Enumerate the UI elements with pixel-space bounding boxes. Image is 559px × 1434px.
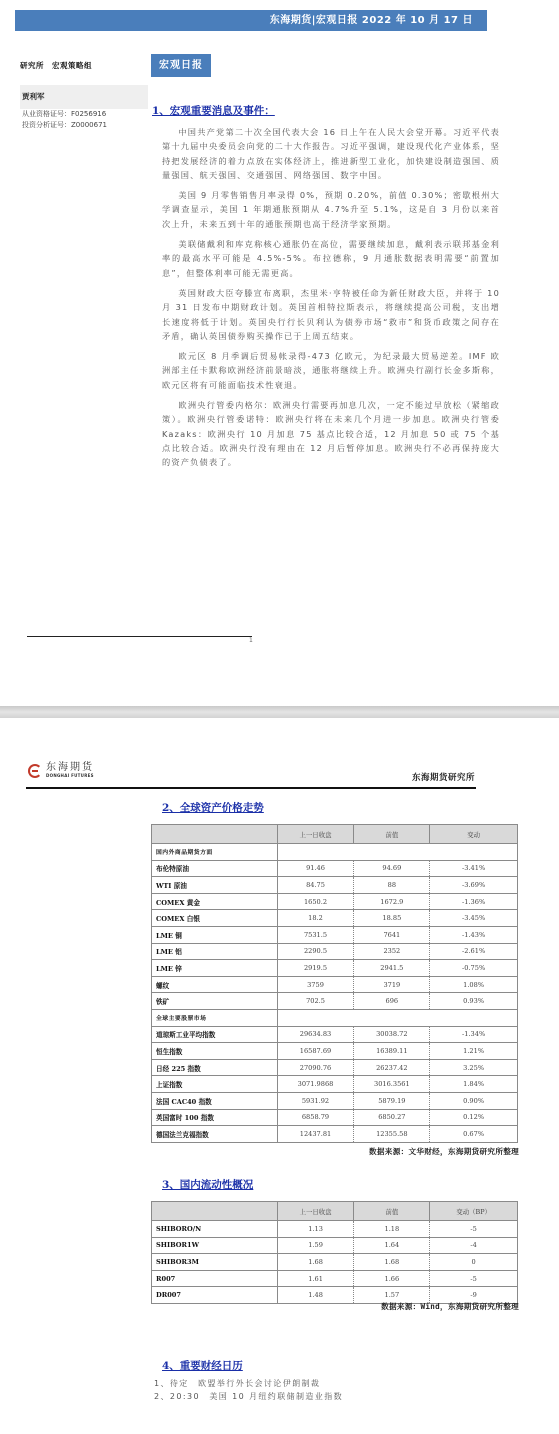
table-cell: 0 — [430, 1254, 518, 1271]
table-cell: 18.85 — [354, 910, 430, 927]
table-cell: 27090.76 — [277, 1059, 354, 1076]
table-cell: 84.75 — [277, 877, 354, 894]
row-label: SHIBORO/N — [152, 1221, 278, 1238]
logo-icon — [28, 764, 42, 778]
table-cell: 1.13 — [277, 1221, 354, 1238]
table-cell: 0.12% — [430, 1109, 518, 1126]
table-cell: 91.46 — [277, 860, 354, 877]
analyst-sidebar: 研究所 宏观策略组 贾利军 从业资格证号：F0256916 投资分析证号：Z00… — [20, 60, 148, 131]
table-cell: 2941.5 — [354, 960, 430, 977]
table-cell: 1.59 — [277, 1237, 354, 1254]
table-cell: 1672.9 — [354, 893, 430, 910]
table-cell: 1.64 — [354, 1237, 430, 1254]
row-label: 布伦特原油 — [152, 860, 278, 877]
table-cell: 3.25% — [430, 1059, 518, 1076]
analyst-box: 贾利军 — [20, 85, 148, 109]
row-label: COMEX 白银 — [152, 910, 278, 927]
table-cell: 18.2 — [277, 910, 354, 927]
table-cell: 12437.81 — [277, 1126, 354, 1143]
table-row: 铁矿702.56960.93% — [152, 993, 518, 1010]
news-paragraph: 欧元区 8 月季调后贸易帐录得-473 亿欧元，为纪录最大贸易逆差。IMF 欧洲… — [162, 349, 500, 392]
table-cell: 0.93% — [430, 993, 518, 1010]
category-label: 国内外商品期货方面 — [152, 844, 278, 861]
column-header — [152, 1202, 278, 1221]
table-cell: 2352 — [354, 943, 430, 960]
page-number: 1 — [249, 637, 253, 644]
news-paragraph: 中国共产党第二十次全国代表大会 16 日上午在人民大会堂开幕。习近平代表第十九届… — [162, 125, 500, 182]
row-label: SHIBOR3M — [152, 1254, 278, 1271]
section-title-liquidity: 3、国内流动性概况 — [162, 1177, 253, 1192]
table-cell: -2.61% — [430, 943, 518, 960]
table-cell: 29634.83 — [277, 1026, 354, 1043]
table-row: SHIBOR1W1.591.64-4 — [152, 1237, 518, 1254]
table-cell: 1.84% — [430, 1076, 518, 1093]
table-cell: -0.75% — [430, 960, 518, 977]
asset-price-table: 上一日收盘 前值 变动 国内外商品期货方面布伦特原油91.4694.69-3.4… — [151, 824, 518, 1143]
data-source-note: 数据来源：Wind，东海期货研究所整理 — [381, 1301, 519, 1312]
table-cell: 7641 — [354, 926, 430, 943]
institute-name: 东海期货研究所 — [412, 771, 475, 783]
analyst-cert: 投资分析证号：Z0000671 — [20, 120, 148, 131]
page-separator — [0, 706, 559, 718]
table-cell: 1.68 — [277, 1254, 354, 1271]
table-cell: 12355.58 — [354, 1126, 430, 1143]
news-paragraph: 欧洲央行管委内格尔：欧洲央行需要再加息几次，一定不能过早放松（紧缩政策）。欧洲央… — [162, 398, 500, 469]
table-cell: -5 — [430, 1270, 518, 1287]
table-cell: 1.08% — [430, 976, 518, 993]
table-row: WTI 原油84.7588-3.69% — [152, 877, 518, 894]
table-cell: 0.67% — [430, 1126, 518, 1143]
footnote-divider — [27, 636, 252, 637]
table-row: 德国法兰克福指数12437.8112355.580.67% — [152, 1126, 518, 1143]
table-row: R0071.611.66-5 — [152, 1270, 518, 1287]
category-row: 全球主要股票市场 — [152, 1009, 518, 1026]
table-cell: 0.90% — [430, 1092, 518, 1109]
table-cell: 3719 — [354, 976, 430, 993]
table-cell: 16389.11 — [354, 1043, 430, 1060]
data-source-note: 数据来源：文华财经，东海期货研究所整理 — [369, 1146, 519, 1157]
row-label: SHIBOR1W — [152, 1237, 278, 1254]
table-cell: -1.34% — [430, 1026, 518, 1043]
table-cell: -3.69% — [430, 877, 518, 894]
table-row: 上证指数3071.98683016.35611.84% — [152, 1076, 518, 1093]
section-title-macro-news: 1、宏观重要消息及事件： — [152, 103, 275, 118]
row-label: R007 — [152, 1270, 278, 1287]
row-label: 螺纹 — [152, 976, 278, 993]
table-cell: 1.18 — [354, 1221, 430, 1238]
table-cell: 1.66 — [354, 1270, 430, 1287]
department-label: 研究所 宏观策略组 — [20, 60, 148, 71]
table-cell: 6858.79 — [277, 1109, 354, 1126]
practice-cert: 从业资格证号：F0256916 — [20, 109, 148, 120]
row-label: DR007 — [152, 1287, 278, 1304]
table-row: SHIBOR3M1.681.680 — [152, 1254, 518, 1271]
table-cell: 5931.92 — [277, 1092, 354, 1109]
table-cell: 3759 — [277, 976, 354, 993]
category-row: 国内外商品期货方面 — [152, 844, 518, 861]
row-label: 道琼斯工业平均指数 — [152, 1026, 278, 1043]
row-label: 铁矿 — [152, 993, 278, 1010]
table-row: LME 锌2919.52941.5-0.75% — [152, 960, 518, 977]
table-header-row: 上一日收盘 前值 变动 — [152, 825, 518, 844]
company-logo: 东海期货 DONGHAI FUTURES — [28, 763, 94, 778]
row-label: COMEX 黄金 — [152, 893, 278, 910]
row-label: 法国 CAC40 指数 — [152, 1092, 278, 1109]
row-label: 上证指数 — [152, 1076, 278, 1093]
macro-news-article: 中国共产党第二十次全国代表大会 16 日上午在人民大会堂开幕。习近平代表第十九届… — [162, 125, 500, 476]
table-cell: 16587.69 — [277, 1043, 354, 1060]
section-title-asset-prices: 2、全球资产价格走势 — [162, 800, 264, 815]
report-page-1: 东海期货|宏观日报 2022 年 10 月 17 日 研究所 宏观策略组 贾利军… — [0, 0, 559, 690]
report-type-tag: 宏观日报 — [151, 54, 211, 77]
row-label: 英国富时 100 指数 — [152, 1109, 278, 1126]
section-title-calendar: 4、重要财经日历 — [162, 1358, 243, 1373]
category-spacer — [277, 844, 517, 861]
table-header-row: 上一日收盘 前值 变动（BP） — [152, 1202, 518, 1221]
table-cell: -4 — [430, 1237, 518, 1254]
column-header — [152, 825, 278, 844]
row-label: 恒生指数 — [152, 1043, 278, 1060]
table-cell: -3.41% — [430, 860, 518, 877]
table-row: COMEX 黄金1650.21672.9-1.36% — [152, 893, 518, 910]
column-header: 上一日收盘 — [277, 825, 354, 844]
table-cell: 1.48 — [277, 1287, 354, 1304]
calendar-item: 1、待定 欧盟举行外长会讨论伊朗制裁 — [154, 1378, 343, 1391]
table-row: 道琼斯工业平均指数29634.8330038.72-1.34% — [152, 1026, 518, 1043]
table-cell: 6850.27 — [354, 1109, 430, 1126]
table-cell: 3016.3561 — [354, 1076, 430, 1093]
category-label: 全球主要股票市场 — [152, 1009, 278, 1026]
column-header: 前值 — [354, 825, 430, 844]
table-cell: 3071.9868 — [277, 1076, 354, 1093]
news-paragraph: 英国财政大臣夸滕宣布离职，杰里米·亨特被任命为新任财政大臣，并将于 10 月 3… — [162, 286, 500, 343]
row-label: LME 铜 — [152, 926, 278, 943]
table-cell: 88 — [354, 877, 430, 894]
row-label: WTI 原油 — [152, 877, 278, 894]
table-cell: 26237.42 — [354, 1059, 430, 1076]
table-cell: 2290.5 — [277, 943, 354, 960]
calendar-item: 2、20:30 美国 10 月纽约联储制造业指数 — [154, 1391, 343, 1404]
table-cell: 2919.5 — [277, 960, 354, 977]
news-paragraph: 美国 9 月零售销售月率录得 0%，预期 0.20%，前值 0.30%；密歇根州… — [162, 188, 500, 231]
liquidity-table: 上一日收盘 前值 变动（BP） SHIBORO/N1.131.18-5SHIBO… — [151, 1201, 518, 1304]
table-cell: 1.61 — [277, 1270, 354, 1287]
table-cell: 1.68 — [354, 1254, 430, 1271]
table-cell: 702.5 — [277, 993, 354, 1010]
economic-calendar: 1、待定 欧盟举行外长会讨论伊朗制裁 2、20:30 美国 10 月纽约联储制造… — [154, 1378, 343, 1403]
table-row: COMEX 白银18.218.85-3.45% — [152, 910, 518, 927]
table-cell: 1.21% — [430, 1043, 518, 1060]
report-page-2: 东海期货 DONGHAI FUTURES 东海期货研究所 2、全球资产价格走势 … — [0, 718, 559, 1434]
column-header: 前值 — [354, 1202, 430, 1221]
table-cell: -1.36% — [430, 893, 518, 910]
table-cell: 7531.5 — [277, 926, 354, 943]
column-header: 变动（BP） — [430, 1202, 518, 1221]
news-paragraph: 美联储戴利和库克称核心通胀仍在高位，需要继续加息，戴利表示联邦基金利率的最高水平… — [162, 237, 500, 280]
row-label: 日经 225 指数 — [152, 1059, 278, 1076]
report-banner: 东海期货|宏观日报 2022 年 10 月 17 日 — [15, 10, 487, 31]
table-row: 英国富时 100 指数6858.796850.270.12% — [152, 1109, 518, 1126]
table-row: SHIBORO/N1.131.18-5 — [152, 1221, 518, 1238]
column-header: 变动 — [430, 825, 518, 844]
table-row: LME 铜7531.57641-1.43% — [152, 926, 518, 943]
analyst-name: 贾利军 — [22, 91, 148, 102]
table-cell: 30038.72 — [354, 1026, 430, 1043]
logo-text-en: DONGHAI FUTURES — [46, 773, 94, 778]
table-cell: 94.69 — [354, 860, 430, 877]
table-row: 恒生指数16587.6916389.111.21% — [152, 1043, 518, 1060]
table-row: 螺纹375937191.08% — [152, 976, 518, 993]
table-row: 日经 225 指数27090.7626237.423.25% — [152, 1059, 518, 1076]
table-cell: 1650.2 — [277, 893, 354, 910]
table-row: 法国 CAC40 指数5931.925879.190.90% — [152, 1092, 518, 1109]
table-row: LME 铝2290.52352-2.61% — [152, 943, 518, 960]
row-label: LME 铝 — [152, 943, 278, 960]
row-label: 德国法兰克福指数 — [152, 1126, 278, 1143]
table-cell: -1.43% — [430, 926, 518, 943]
table-cell: -3.45% — [430, 910, 518, 927]
category-spacer — [277, 1009, 517, 1026]
table-row: 布伦特原油91.4694.69-3.41% — [152, 860, 518, 877]
logo-text-cn: 东海期货 — [46, 763, 94, 773]
row-label: LME 锌 — [152, 960, 278, 977]
column-header: 上一日收盘 — [277, 1202, 354, 1221]
table-cell: 696 — [354, 993, 430, 1010]
table-cell: -5 — [430, 1221, 518, 1238]
header-divider — [26, 787, 476, 789]
table-cell: 5879.19 — [354, 1092, 430, 1109]
